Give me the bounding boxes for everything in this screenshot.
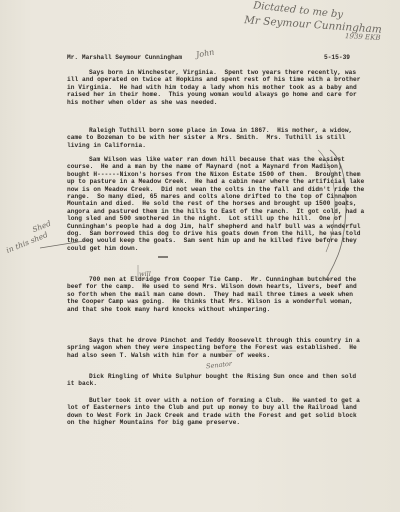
bracket-curve-icon bbox=[326, 150, 346, 280]
pencil-marks bbox=[0, 0, 400, 512]
margin-pointer-line-icon bbox=[40, 240, 90, 248]
